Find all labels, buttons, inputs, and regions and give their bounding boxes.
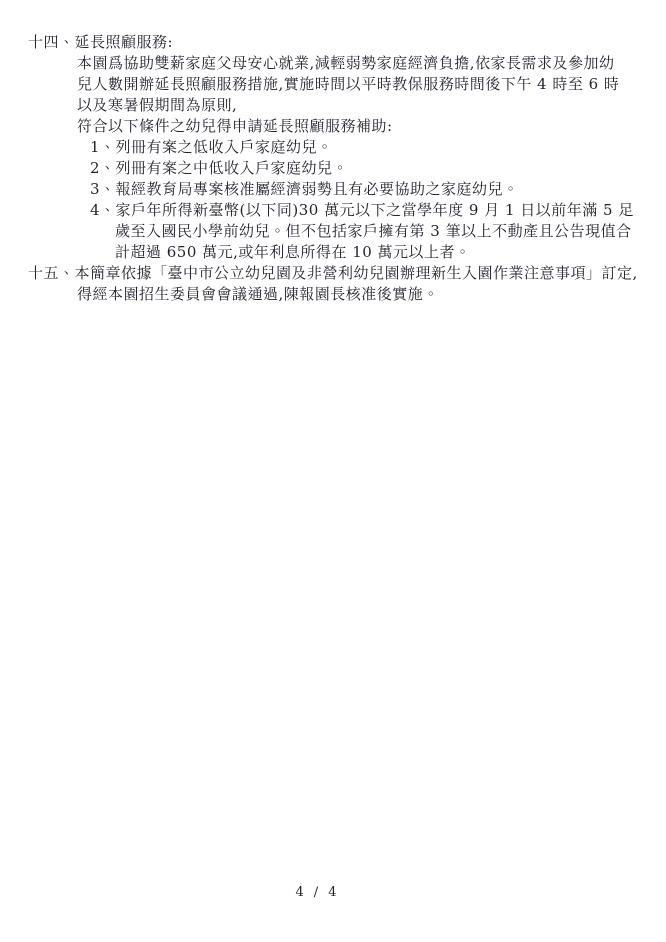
list-item-text: 列冊有案之低收入戶家庭幼兒。 [116,138,333,156]
list-item-continuation: 歲至入國民小學前幼兒。但不包括家戶擁有第 3 筆以上不動產且公告現值合 [28,221,640,242]
list-item: 1、列冊有案之低收入戶家庭幼兒。 [28,137,640,158]
list-item: 2、列冊有案之中低收入戶家庭幼兒。 [28,158,640,179]
list-item-continuation: 計超過 650 萬元,或年利息所得在 10 萬元以上者。 [28,242,640,263]
section-15-continuation: 得經本園招生委員會會議通過,陳報園長核准後實施。 [28,284,640,305]
list-item-text: 家戶年所得新臺幣(以下同)30 萬元以下之當學年度 9 月 1 日以前年滿 5 … [116,201,634,219]
footer-total-pages: 4 [328,885,336,900]
document-page: 十四、延長照顧服務: 本園爲協助雙薪家庭父母安心就業,減輕弱勢家庭經濟負擔,依家… [0,0,666,942]
footer-page-separator: / [314,885,318,900]
list-item-number: 4、 [90,201,116,219]
list-item: 4、家戶年所得新臺幣(以下同)30 萬元以下之當學年度 9 月 1 日以前年滿 … [28,200,640,221]
section-14-conditions-intro: 符合以下條件之幼兒得申請延長照顧服務補助: [28,116,640,137]
page-footer: 4/4 [0,882,632,903]
list-item: 3、報經教育局專案核准屬經濟弱勢且有必要協助之家庭幼兒。 [28,179,640,200]
section-15-marker: 十五、 [28,264,75,282]
section-15-text: 本簡章依據「臺中市公立幼兒園及非營利幼兒園辦理新生入園作業注意事項」訂定, [75,264,638,282]
list-item-number: 2、 [90,159,116,177]
section-14-intro-line: 兒人數開辦延長照顧服務措施,實施時間以平時教保服務時間後下午 4 時至 6 時 [28,74,640,95]
list-item-text: 列冊有案之中低收入戶家庭幼兒。 [116,159,349,177]
document-body: 十四、延長照顧服務: 本園爲協助雙薪家庭父母安心就業,減輕弱勢家庭經濟負擔,依家… [28,32,640,305]
list-item-number: 1、 [90,138,116,156]
section-14-marker: 十四、 [28,33,75,51]
list-item-number: 3、 [90,180,116,198]
section-14-heading: 十四、延長照顧服務: [28,32,640,53]
section-14-intro-line: 本園爲協助雙薪家庭父母安心就業,減輕弱勢家庭經濟負擔,依家長需求及參加幼 [28,53,640,74]
section-14-intro-line: 以及寒暑假期間為原則, [28,95,640,116]
section-14-title: 延長照顧服務: [75,33,174,51]
section-15-heading: 十五、本簡章依據「臺中市公立幼兒園及非營利幼兒園辦理新生入園作業注意事項」訂定, [28,263,640,284]
list-item-text: 報經教育局專案核准屬經濟弱勢且有必要協助之家庭幼兒。 [116,180,519,198]
footer-current-page: 4 [296,885,304,900]
